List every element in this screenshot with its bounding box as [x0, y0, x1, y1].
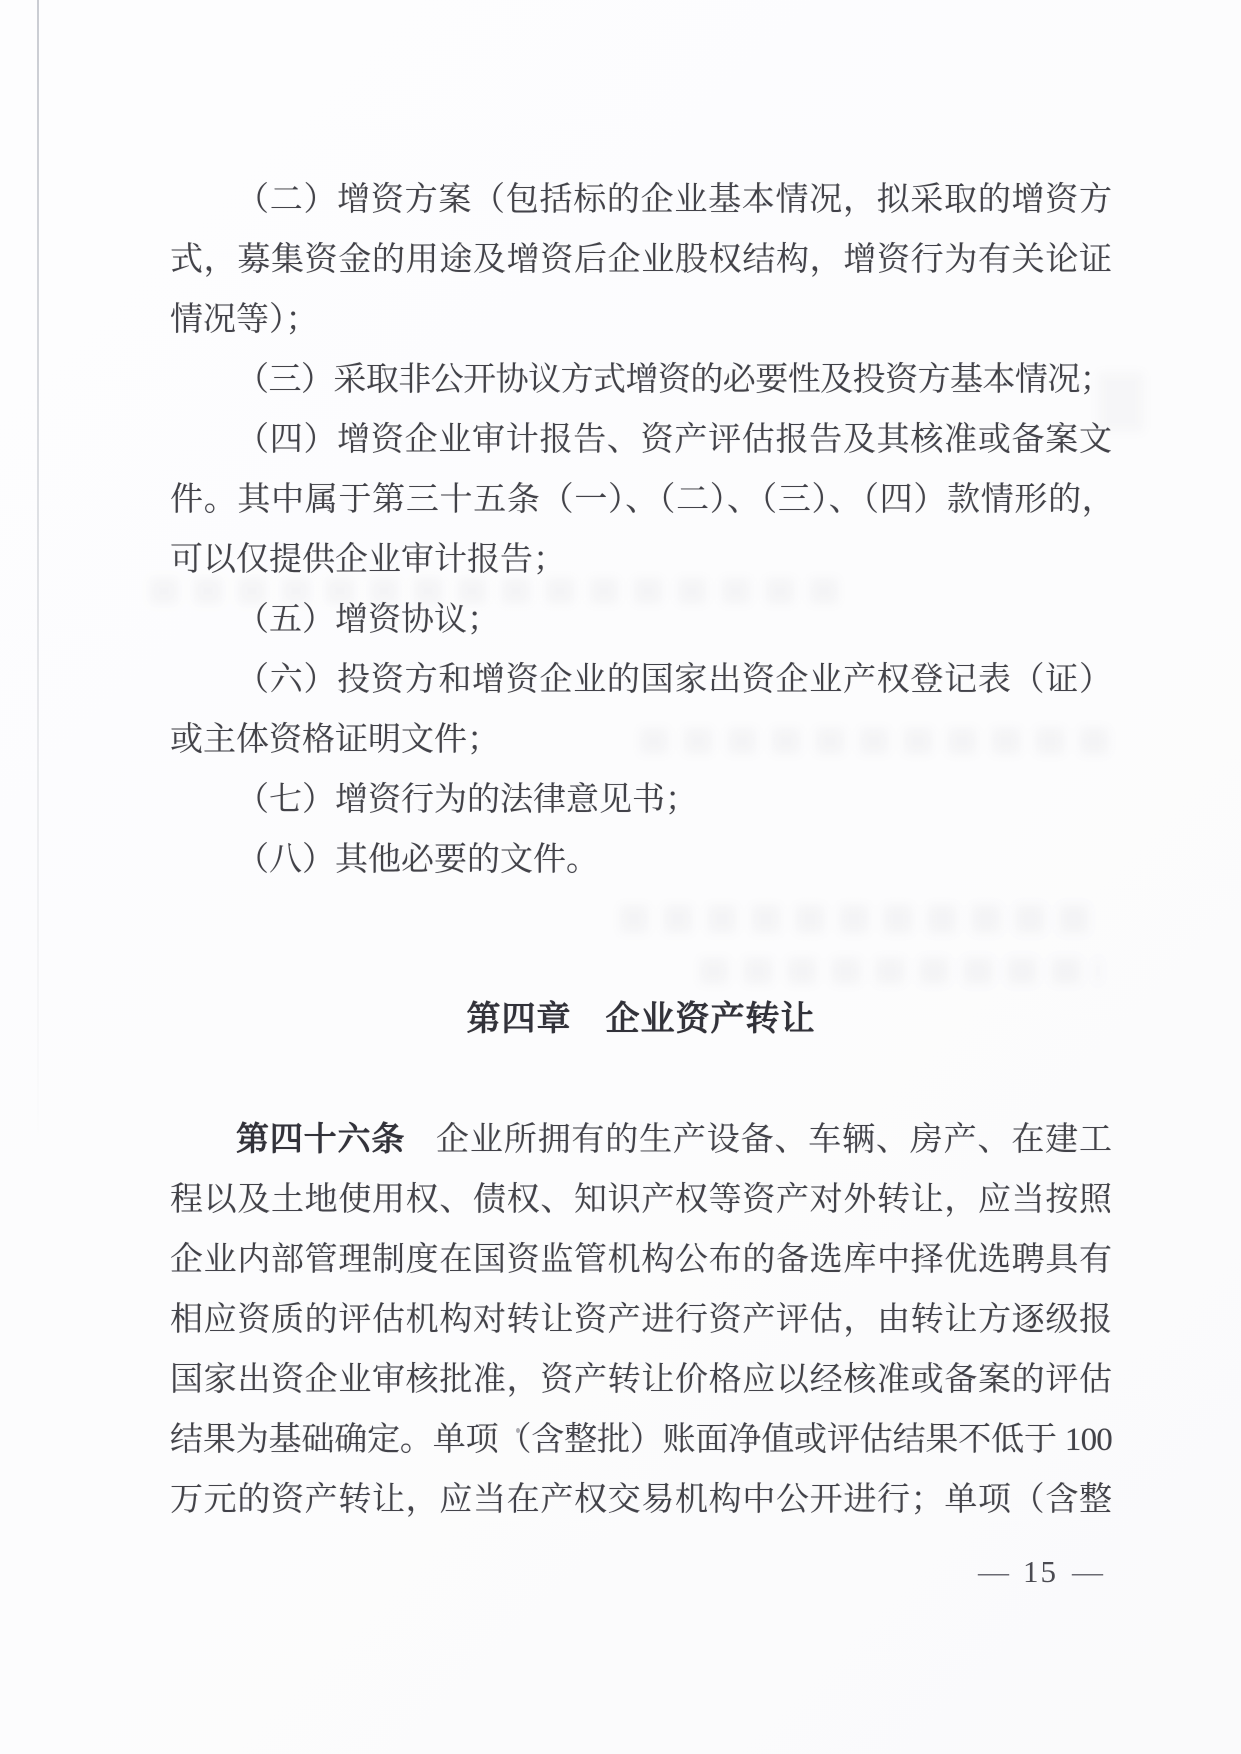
- chapter-title: 企业资产转让: [606, 1001, 816, 1038]
- document-body: （二）增资方案（包括标的企业基本情况，拟采取的增资方 式，募集资金的用途及增资后…: [170, 170, 1112, 1530]
- article-line: 国家出资企业审核批准，资产转让价格应以经核准或备案的评估: [170, 1350, 1112, 1410]
- article-line: 企业内部管理制度在国资监管机构公布的备选库中择优选聘具有: [170, 1230, 1112, 1290]
- chapter-heading: 第四章企业资产转让: [170, 990, 1112, 1050]
- article-line: 相应资质的评估机构对转让资产进行资产评估，由转让方逐级报: [170, 1290, 1112, 1350]
- article-number: 第四十六条: [236, 1122, 405, 1158]
- body-line: （八）其他必要的文件。: [170, 830, 1112, 890]
- body-line: 件。其中属于第三十五条（一）、（二）、（三）、（四）款情形的，: [170, 470, 1112, 530]
- body-line: 可以仅提供企业审计报告；: [170, 530, 1112, 590]
- article-line: 程以及土地使用权、债权、知识产权等资产对外转让，应当按照: [170, 1170, 1112, 1230]
- article-text: 企业所拥有的生产设备、车辆、房产、在建工: [435, 1122, 1112, 1158]
- page-number-value: 15: [1023, 1554, 1058, 1589]
- article-line: 万元的资产转让，应当在产权交易机构中公开进行；单项（含整: [170, 1470, 1112, 1530]
- body-line: （三）采取非公开协议方式增资的必要性及投资方基本情况；: [170, 350, 1112, 410]
- body-line: （五）增资协议；: [170, 590, 1112, 650]
- scanned-page: （二）增资方案（包括标的企业基本情况，拟采取的增资方 式，募集资金的用途及增资后…: [0, 0, 1241, 1754]
- chapter-number: 第四章: [467, 1001, 572, 1038]
- article-line: 结果为基础确定。单项（含整批）账面净值或评估结果不低于 100: [170, 1410, 1112, 1470]
- body-line: 式，募集资金的用途及增资后企业股权结构，增资行为有关论证: [170, 230, 1112, 290]
- body-line: 或主体资格证明文件；: [170, 710, 1112, 770]
- body-line: （七）增资行为的法律意见书；: [170, 770, 1112, 830]
- page-number: —15—: [974, 1552, 1107, 1592]
- article-46: 第四十六条企业所拥有的生产设备、车辆、房产、在建工 程以及土地使用权、债权、知识…: [170, 1110, 1112, 1530]
- page-number-dash-left: —: [978, 1554, 1009, 1589]
- body-line: （六）投资方和增资企业的国家出资企业产权登记表（证）: [170, 650, 1112, 710]
- body-line: （四）增资企业审计报告、资产评估报告及其核准或备案文: [170, 410, 1112, 470]
- article-first-line: 第四十六条企业所拥有的生产设备、车辆、房产、在建工: [170, 1110, 1112, 1170]
- page-number-dash-right: —: [1072, 1554, 1103, 1589]
- scan-edge-artifact: [37, 0, 39, 1150]
- body-line: （二）增资方案（包括标的企业基本情况，拟采取的增资方: [170, 170, 1112, 230]
- body-line: 情况等）；: [170, 290, 1112, 350]
